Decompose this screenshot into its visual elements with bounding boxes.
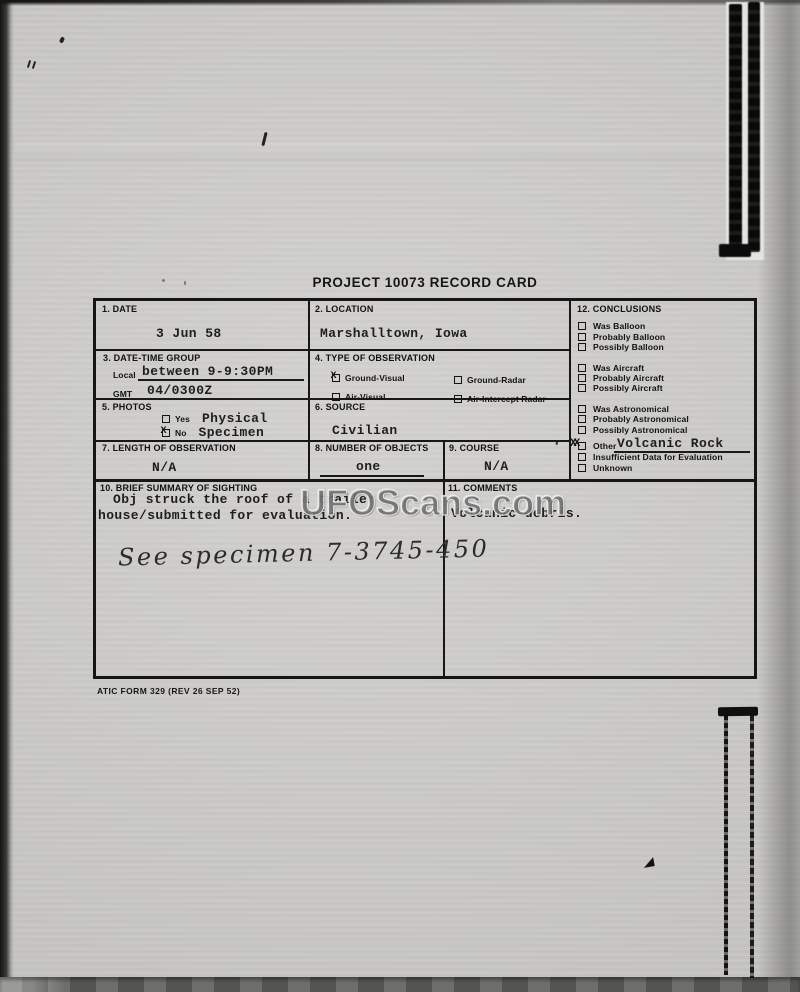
summary-line-2: house/submitted for evaluation. — [98, 508, 352, 523]
conclusion-item: Was Astronomical — [569, 404, 754, 415]
scan-edge-bottom — [0, 977, 800, 992]
field-value-location: Marshalltown, Iowa — [320, 326, 468, 341]
checkbox-checked: X — [162, 429, 170, 437]
photos-option-label: Yes — [175, 414, 190, 424]
field-label-source: 6. SOURCE — [315, 402, 365, 412]
observation-option: Ground-Radar — [454, 371, 526, 386]
conclusion-label: Probably Astronomical — [593, 414, 689, 424]
photos-option-label: No — [175, 428, 187, 438]
conclusion-label: Other — [593, 441, 616, 451]
handwritten-note: See specimen 7-3745-450 — [118, 534, 490, 571]
checkbox — [578, 364, 586, 372]
checkbox — [578, 333, 586, 341]
page-title: PROJECT 10073 RECORD CARD — [93, 275, 757, 290]
conclusion-label: Was Astronomical — [593, 404, 669, 414]
photos-row: XNoSpecimen — [162, 424, 264, 439]
form-number-footer: ATIC FORM 329 (REV 26 SEP 52) — [97, 686, 240, 696]
field-label-number-of-objects: 8. NUMBER OF OBJECTS — [315, 443, 429, 453]
binder-line-icon — [724, 715, 728, 975]
conclusion-label: Probably Balloon — [593, 332, 665, 342]
observation-options: XGround-VisualGround-RadarAir-VisualAir-… — [308, 350, 570, 398]
binder-mark-bottom-right — [716, 705, 760, 977]
checkbox — [332, 393, 340, 401]
field-label-length-of-observation: 7. LENGTH OF OBSERVATION — [102, 443, 236, 453]
conclusion-item: Was Balloon — [569, 321, 754, 332]
checkbox — [162, 415, 170, 423]
conclusion-item: Insufficient Data for Evaluation — [569, 452, 754, 463]
checkbox — [578, 415, 586, 423]
conclusion-item: Probably Astronomical — [569, 414, 754, 425]
checkbox — [578, 453, 586, 461]
checkbox-checked: XX — [578, 442, 586, 450]
observation-option: Air-Visual — [332, 388, 386, 403]
ink-speck — [59, 36, 65, 43]
conclusion-label: Probably Aircraft — [593, 373, 664, 383]
conclusion-label: Was Balloon — [593, 321, 645, 331]
ink-triangle-mark — [642, 857, 654, 868]
conclusion-other-value: Volcanic Rock — [614, 436, 750, 453]
conclusions-list: Was BalloonProbably BalloonPossibly Ball… — [569, 301, 754, 481]
conclusion-label: Insufficient Data for Evaluation — [593, 452, 723, 462]
checkbox — [578, 426, 586, 434]
field-label-course: 9. COURSE — [449, 443, 499, 453]
observation-option: Air-Intercept Radar — [454, 390, 546, 405]
binder-mark-top-right — [726, 2, 764, 260]
conclusion-item: Probably Aircraft — [569, 373, 754, 384]
conclusion-item: Possibly Astronomical — [569, 425, 754, 436]
conclusion-item: XXOtherVolcanic Rock — [569, 441, 754, 452]
field-value-course: N/A — [484, 459, 509, 474]
checkbox — [454, 376, 462, 384]
x-mark: X — [161, 426, 167, 437]
conclusion-label: Possibly Astronomical — [593, 425, 687, 435]
field-label-comments: 11. COMMENTS — [448, 483, 517, 493]
observation-option: XGround-Visual — [332, 369, 405, 384]
x-mark: XX — [570, 438, 577, 450]
conclusion-item: Possibly Balloon — [569, 342, 754, 353]
conclusion-item: Unknown — [569, 463, 754, 474]
conclusion-label: Possibly Balloon — [593, 342, 664, 352]
scan-edge-left — [0, 0, 14, 978]
scan-shadow-right — [758, 0, 800, 992]
checkbox — [578, 384, 586, 392]
field-label-location: 2. LOCATION — [315, 304, 374, 314]
pen-tick-mark — [32, 61, 36, 69]
value-underline — [320, 475, 424, 477]
scanned-page: { "title": "PROJECT 10073 RECORD CARD", … — [0, 0, 800, 992]
checkbox — [578, 464, 586, 472]
paper-crease-shadow — [15, 142, 760, 162]
checkbox-checked: X — [332, 374, 340, 382]
observation-option-label: Ground-Radar — [467, 375, 526, 385]
photos-rows: YesPhysicalXNoSpecimen — [96, 301, 308, 441]
pen-tick-mark — [27, 60, 31, 68]
x-mark: X — [331, 371, 337, 382]
field-value-length-of-observation: N/A — [152, 460, 177, 475]
observation-option-label: Air-Intercept Radar — [467, 394, 546, 404]
conclusion-label: Was Aircraft — [593, 363, 644, 373]
scan-edge-top — [0, 0, 800, 6]
checkbox — [578, 405, 586, 413]
photos-row: YesPhysical — [162, 410, 268, 425]
field-value-source: Civilian — [332, 423, 398, 438]
binder-bar-icon — [729, 4, 742, 250]
conclusion-label: Unknown — [593, 463, 632, 473]
checkbox — [578, 343, 586, 351]
checkbox — [578, 322, 586, 330]
binder-bar-foot — [719, 244, 751, 257]
conclusion-item: Probably Balloon — [569, 332, 754, 343]
observation-option-label: Air-Visual — [345, 392, 386, 402]
record-card: 1. DATE 3 Jun 58 2. LOCATION Marshalltow… — [93, 298, 757, 679]
summary-line-1: Obj struck the roof of a trailer — [113, 492, 375, 507]
field-value-comments: Volcanic debris. — [451, 506, 582, 521]
field-value-number-of-objects: one — [356, 459, 381, 474]
binder-bar-icon — [748, 2, 760, 252]
checkbox — [454, 395, 462, 403]
checkbox — [578, 374, 586, 382]
conclusion-label: Possibly Aircraft — [593, 383, 663, 393]
photos-typed-value: Specimen — [199, 425, 265, 440]
conclusion-item: Possibly Aircraft — [569, 383, 754, 394]
binder-line-icon — [750, 715, 754, 978]
observation-option-label: Ground-Visual — [345, 373, 405, 383]
